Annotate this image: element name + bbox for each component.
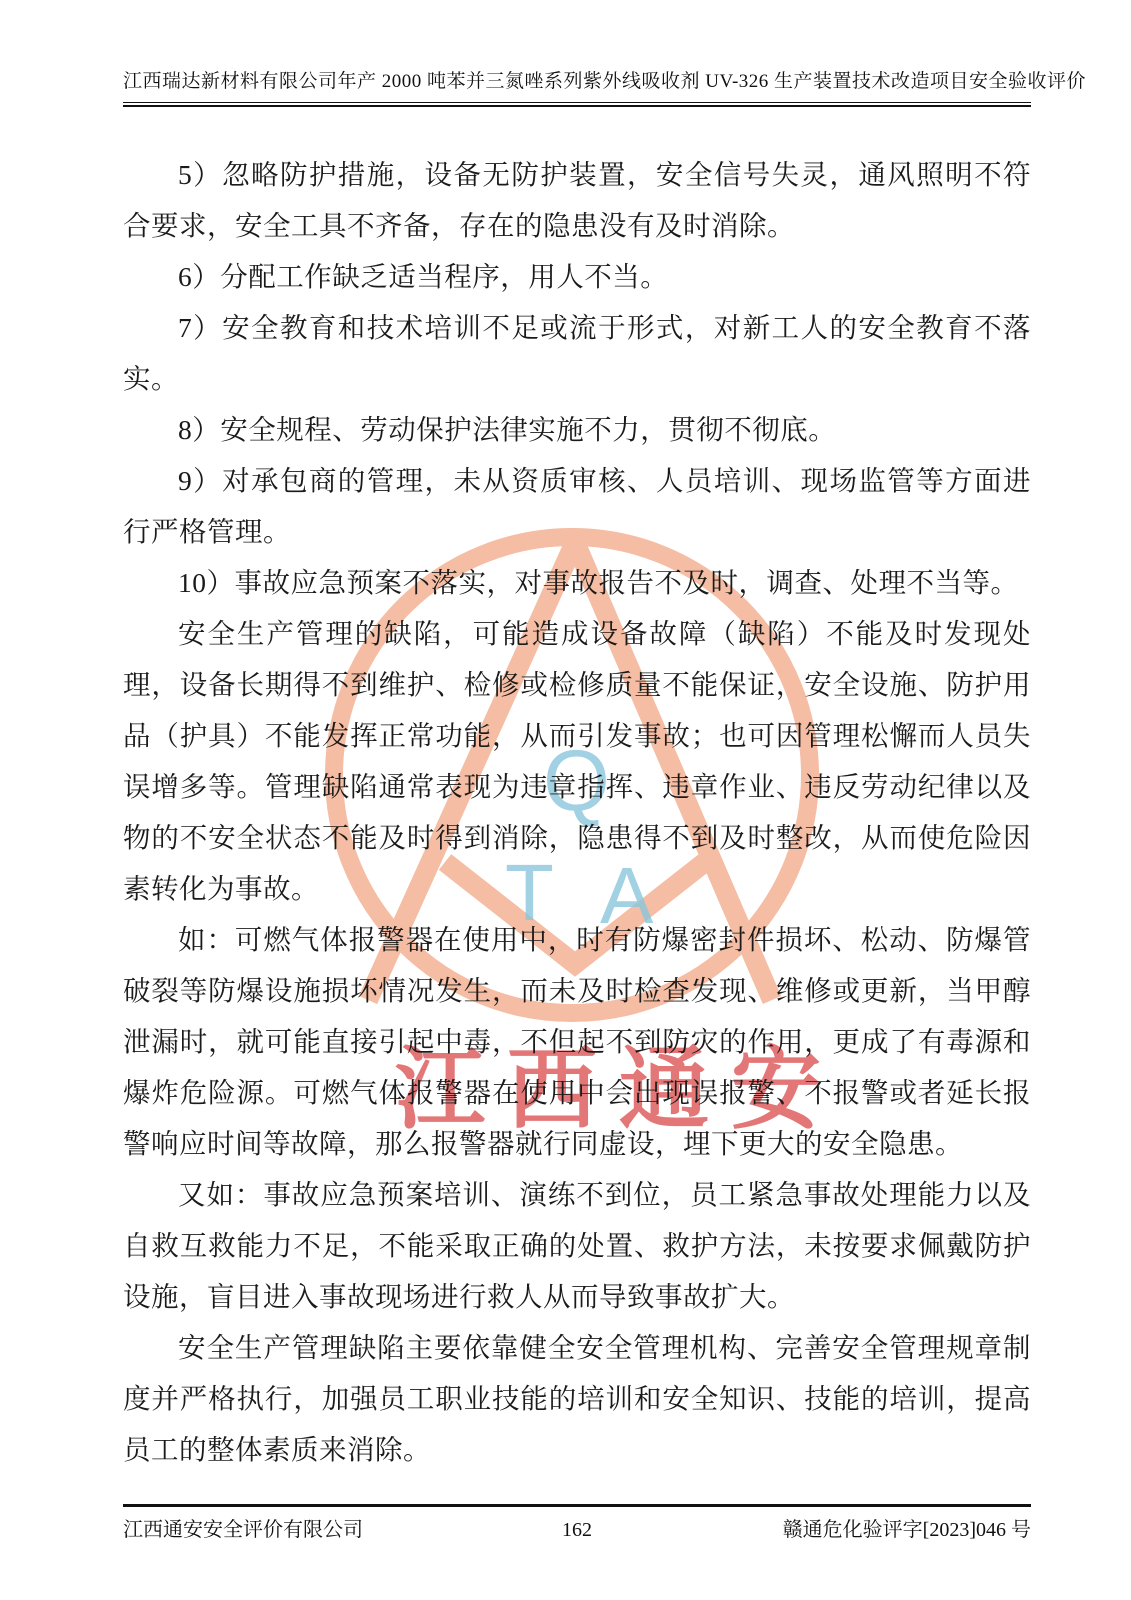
document-page: Q T A 江西通安 江西瑞达新材料有限公司年产 2000 吨苯并三氮唑系列紫外… [0, 0, 1131, 1600]
paragraph-item-5: 5）忽略防护措施，设备无防护装置，安全信号失灵，通风照明不符合要求，安全工具不齐… [123, 149, 1031, 251]
paragraph-item-10: 10）事故应急预案不落实，对事故报告不及时，调查、处理不当等。 [123, 557, 1031, 608]
paragraph-item-9: 9）对承包商的管理，未从资质审核、人员培训、现场监管等方面进行严格管理。 [123, 455, 1031, 557]
paragraph-conclusion: 安全生产管理缺陷主要依靠健全安全管理机构、完善安全管理规章制度并严格执行，加强员… [123, 1322, 1031, 1475]
paragraph-example-gas-alarm: 如：可燃气体报警器在使用中，时有防爆密封件损坏、松动、防爆管破裂等防爆设施损坏情… [123, 914, 1031, 1169]
paragraph-item-6: 6）分配工作缺乏适当程序，用人不当。 [123, 251, 1031, 302]
header-title: 江西瑞达新材料有限公司年产 2000 吨苯并三氮唑系列紫外线吸收剂 UV-326… [123, 66, 1031, 93]
paragraph-example-emergency: 又如：事故应急预案培训、演练不到位，员工紧急事故处理能力以及自救互救能力不足，不… [123, 1169, 1031, 1322]
header-rule [123, 102, 1031, 107]
content-column: 江西瑞达新材料有限公司年产 2000 吨苯并三氮唑系列紫外线吸收剂 UV-326… [123, 0, 1031, 1475]
footer-page-number: 162 [426, 1519, 729, 1542]
paragraph-item-8: 8）安全规程、劳动保护法律实施不力，贯彻不彻底。 [123, 404, 1031, 455]
page-footer: 江西通安安全评价有限公司 162 赣通危化验评字[2023]046 号 [123, 1504, 1031, 1542]
document-body: 5）忽略防护措施，设备无防护装置，安全信号失灵，通风照明不符合要求，安全工具不齐… [123, 149, 1031, 1475]
paragraph-management-defects: 安全生产管理的缺陷，可能造成设备故障（缺陷）不能及时发现处理，设备长期得不到维护… [123, 608, 1031, 914]
page-header: 江西瑞达新材料有限公司年产 2000 吨苯并三氮唑系列紫外线吸收剂 UV-326… [123, 0, 1031, 107]
footer-company-name: 江西通安安全评价有限公司 [123, 1513, 426, 1542]
footer-document-number: 赣通危化验评字[2023]046 号 [728, 1513, 1031, 1542]
paragraph-item-7: 7）安全教育和技术培训不足或流于形式，对新工人的安全教育不落实。 [123, 302, 1031, 404]
